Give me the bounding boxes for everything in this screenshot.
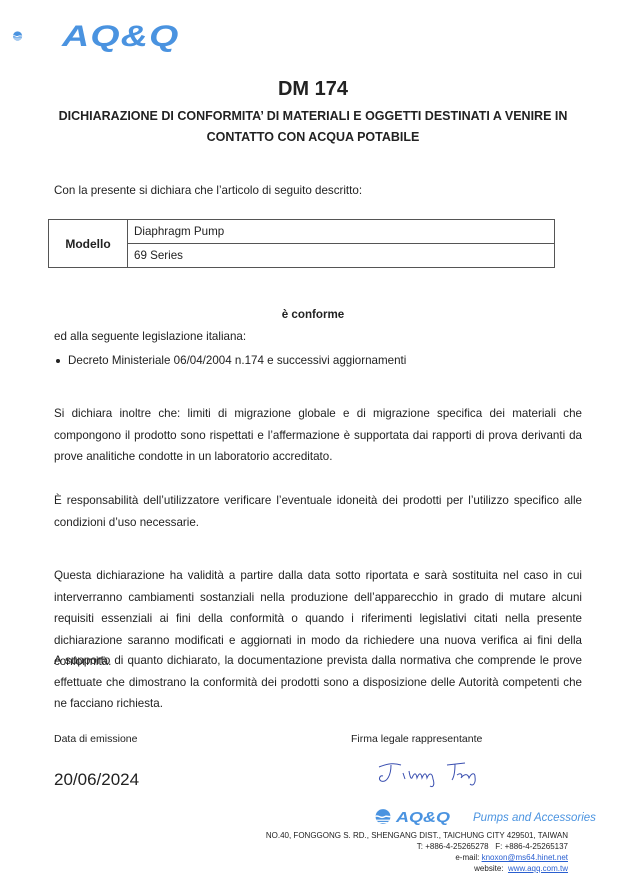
model-table: Modello Diaphragm Pump 69 Series — [48, 219, 555, 268]
website-link[interactable]: www.aqq.com.tw — [508, 864, 568, 873]
document-subtitle: DICHIARAZIONE DI CONFORMITA’ DI MATERIAL… — [40, 106, 586, 148]
subtitle-line-2: CONTATTO CON ACQUA POTABILE — [40, 127, 586, 148]
fax-label: F: — [495, 842, 502, 851]
conformity-statement: è conforme — [0, 304, 626, 326]
model-value: Diaphragm Pump — [128, 220, 555, 244]
footer-email: e-mail: knoxon@ms64.hinet.net — [455, 853, 568, 862]
table-row: Modello Diaphragm Pump — [49, 220, 555, 244]
footer-website: website: www.aqq.com.tw — [474, 864, 568, 873]
phone-label: T: — [417, 842, 423, 851]
model-value: 69 Series — [128, 244, 555, 268]
company-brand: AQ&Q — [62, 20, 180, 54]
phone-number: +886-4-25265278 — [425, 842, 488, 851]
email-label: e-mail: — [455, 853, 479, 862]
signature-label: Firma legale rappresentante — [351, 729, 482, 751]
issue-date-label: Data di emissione — [54, 729, 137, 751]
fax-number: +886-4-25265137 — [505, 842, 568, 851]
paragraph-migration: Si dichiara inoltre che: limiti di migra… — [54, 403, 582, 468]
footer-brand: AQ&Q — [396, 809, 450, 826]
paragraph-documentation: A supporto di quanto dichiarato, la docu… — [54, 650, 582, 715]
signature-icon — [375, 757, 505, 789]
legislation-intro: ed alla seguente legislazione italiana: — [54, 326, 582, 348]
company-logo-icon — [12, 14, 58, 58]
model-label: Modello — [49, 220, 128, 268]
legislation-item: Decreto Ministeriale 06/04/2004 n.174 e … — [68, 350, 406, 372]
bullet-icon — [56, 359, 60, 363]
footer-address: NO.40, FONGGONG S. RD., SHENGANG DIST., … — [266, 831, 568, 840]
paragraph-responsibility: È responsabilità dell’utilizzatore verif… — [54, 490, 582, 533]
intro-text: Con la presente si dichiara che l’artico… — [54, 180, 582, 202]
document-title: DM 174 — [0, 78, 626, 101]
footer-tagline: Pumps and Accessories — [473, 812, 596, 824]
footer-phone-fax: T: +886-4-25265278 F: +886-4-25265137 — [417, 842, 568, 851]
email-link[interactable]: knoxon@ms64.hinet.net — [482, 853, 568, 862]
footer-logo-icon — [374, 808, 392, 825]
website-label: website: — [474, 864, 503, 873]
issue-date: 20/06/2024 — [54, 770, 139, 790]
subtitle-line-1: DICHIARAZIONE DI CONFORMITA’ DI MATERIAL… — [40, 106, 586, 127]
